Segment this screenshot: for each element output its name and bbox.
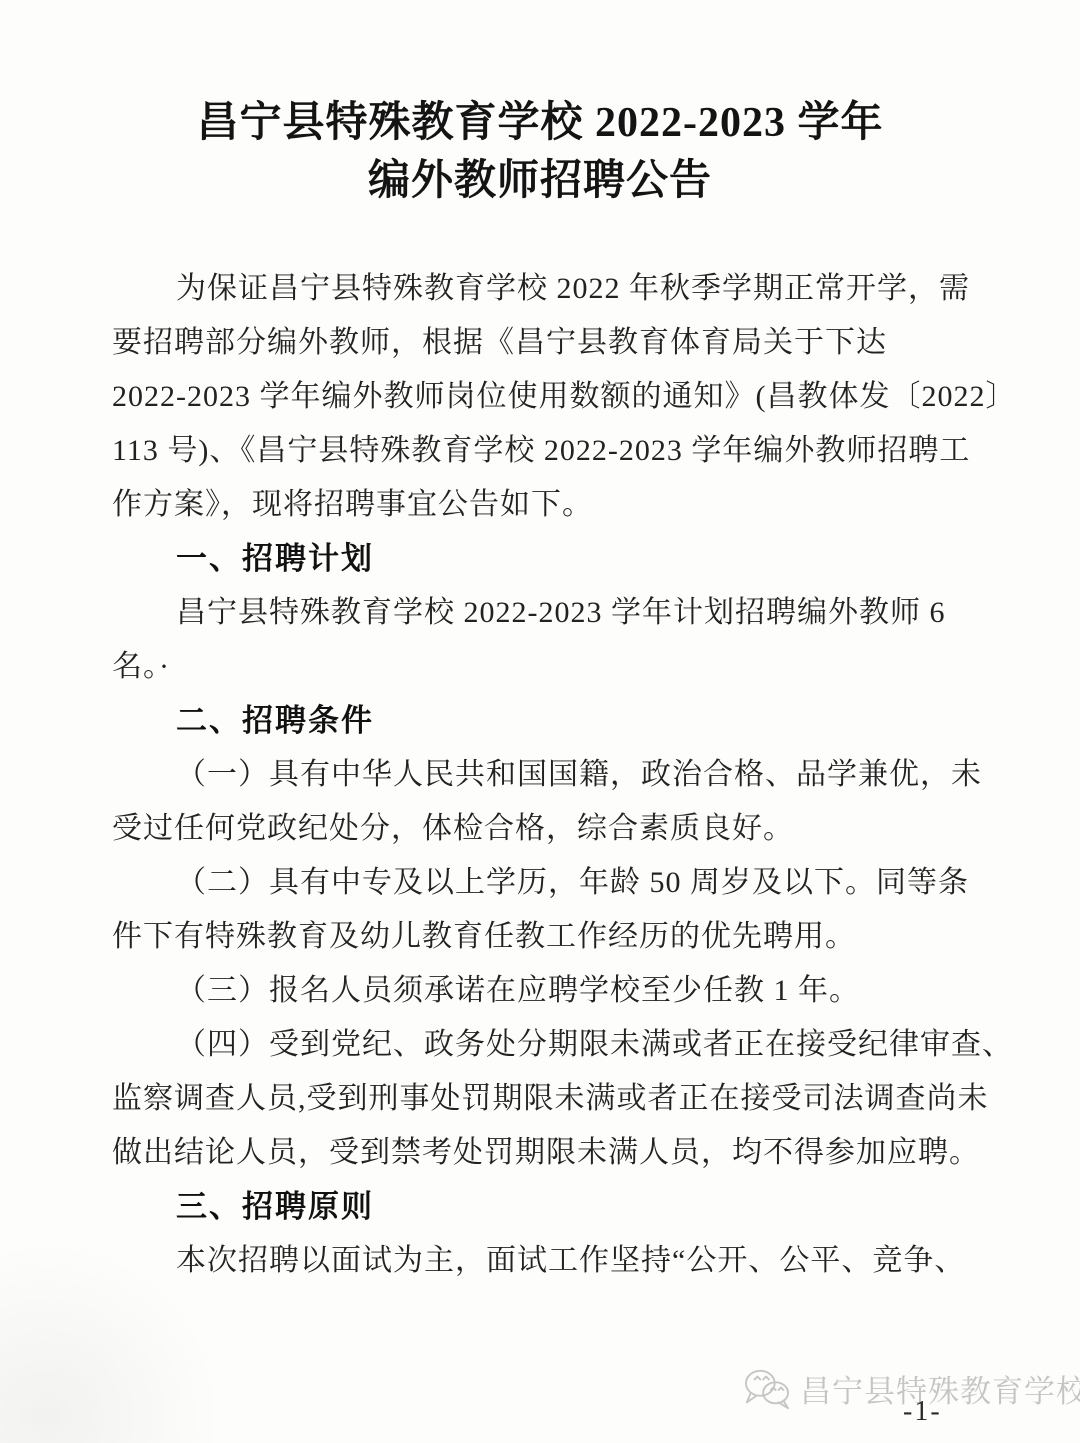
paragraph-line: 作方案》，现将招聘事宜公告如下。: [112, 478, 982, 532]
paragraph-line: 昌宁县特殊教育学校 2022-2023 学年计划招聘编外教师 6: [112, 586, 982, 640]
paragraph-line: 2022-2023 学年编外教师岗位使用数额的通知》(昌教体发〔2022〕: [112, 370, 982, 424]
paragraph-line: 件下有特殊教育及幼儿教育任教工作经历的优先聘用。: [112, 910, 982, 964]
document-body: 为保证昌宁县特殊教育学校 2022 年秋季学期正常开学，需 要招聘部分编外教师，…: [112, 262, 982, 1288]
paragraph-line: 本次招聘以面试为主，面试工作坚持“公开、公平、竞争、: [112, 1234, 982, 1288]
paragraph-line: 做出结论人员，受到禁考处罚期限未满人员，均不得参加应聘。: [112, 1126, 982, 1180]
document-title-line-2: 编外教师招聘公告: [0, 152, 1080, 210]
paragraph-line: （三）报名人员须承诺在应聘学校至少任教 1 年。: [112, 964, 982, 1018]
heading-recruitment-plan: 一、招聘计划: [112, 532, 982, 586]
paragraph-line: （二）具有中专及以上学历，年龄 50 周岁及以下。同等条: [112, 856, 982, 910]
paragraph-line: 监察调查人员,受到刑事处罚期限未满或者正在接受司法调查尚未: [112, 1072, 982, 1126]
paragraph-line: 受过任何党政纪处分，体检合格，综合素质良好。: [112, 802, 982, 856]
paragraph-line: 名。·: [112, 640, 982, 694]
paragraph-line: （四）受到党纪、政务处分期限未满或者正在接受纪律审查、: [112, 1018, 982, 1072]
paragraph-line: 113 号)、《昌宁县特殊教育学校 2022-2023 学年编外教师招聘工: [112, 424, 982, 478]
document-title-line-1: 昌宁县特殊教育学校 2022-2023 学年: [0, 94, 1080, 152]
page-number: -1-: [903, 1396, 942, 1428]
paragraph-line: 要招聘部分编外教师，根据《昌宁县教育体育局关于下达: [112, 316, 982, 370]
paragraph-line: （一）具有中华人民共和国国籍，政治合格、品学兼优，未: [112, 748, 982, 802]
scanned-document-page: 昌宁县特殊教育学校 2022-2023 学年 编外教师招聘公告 为保证昌宁县特殊…: [0, 0, 1080, 1443]
wechat-chat-bubbles-icon: [742, 1367, 792, 1411]
heading-recruitment-principles: 三、招聘原则: [112, 1180, 982, 1234]
heading-recruitment-conditions: 二、招聘条件: [112, 694, 982, 748]
paragraph-line: 为保证昌宁县特殊教育学校 2022 年秋季学期正常开学，需: [112, 262, 982, 316]
document-title: 昌宁县特殊教育学校 2022-2023 学年 编外教师招聘公告: [0, 94, 1080, 210]
